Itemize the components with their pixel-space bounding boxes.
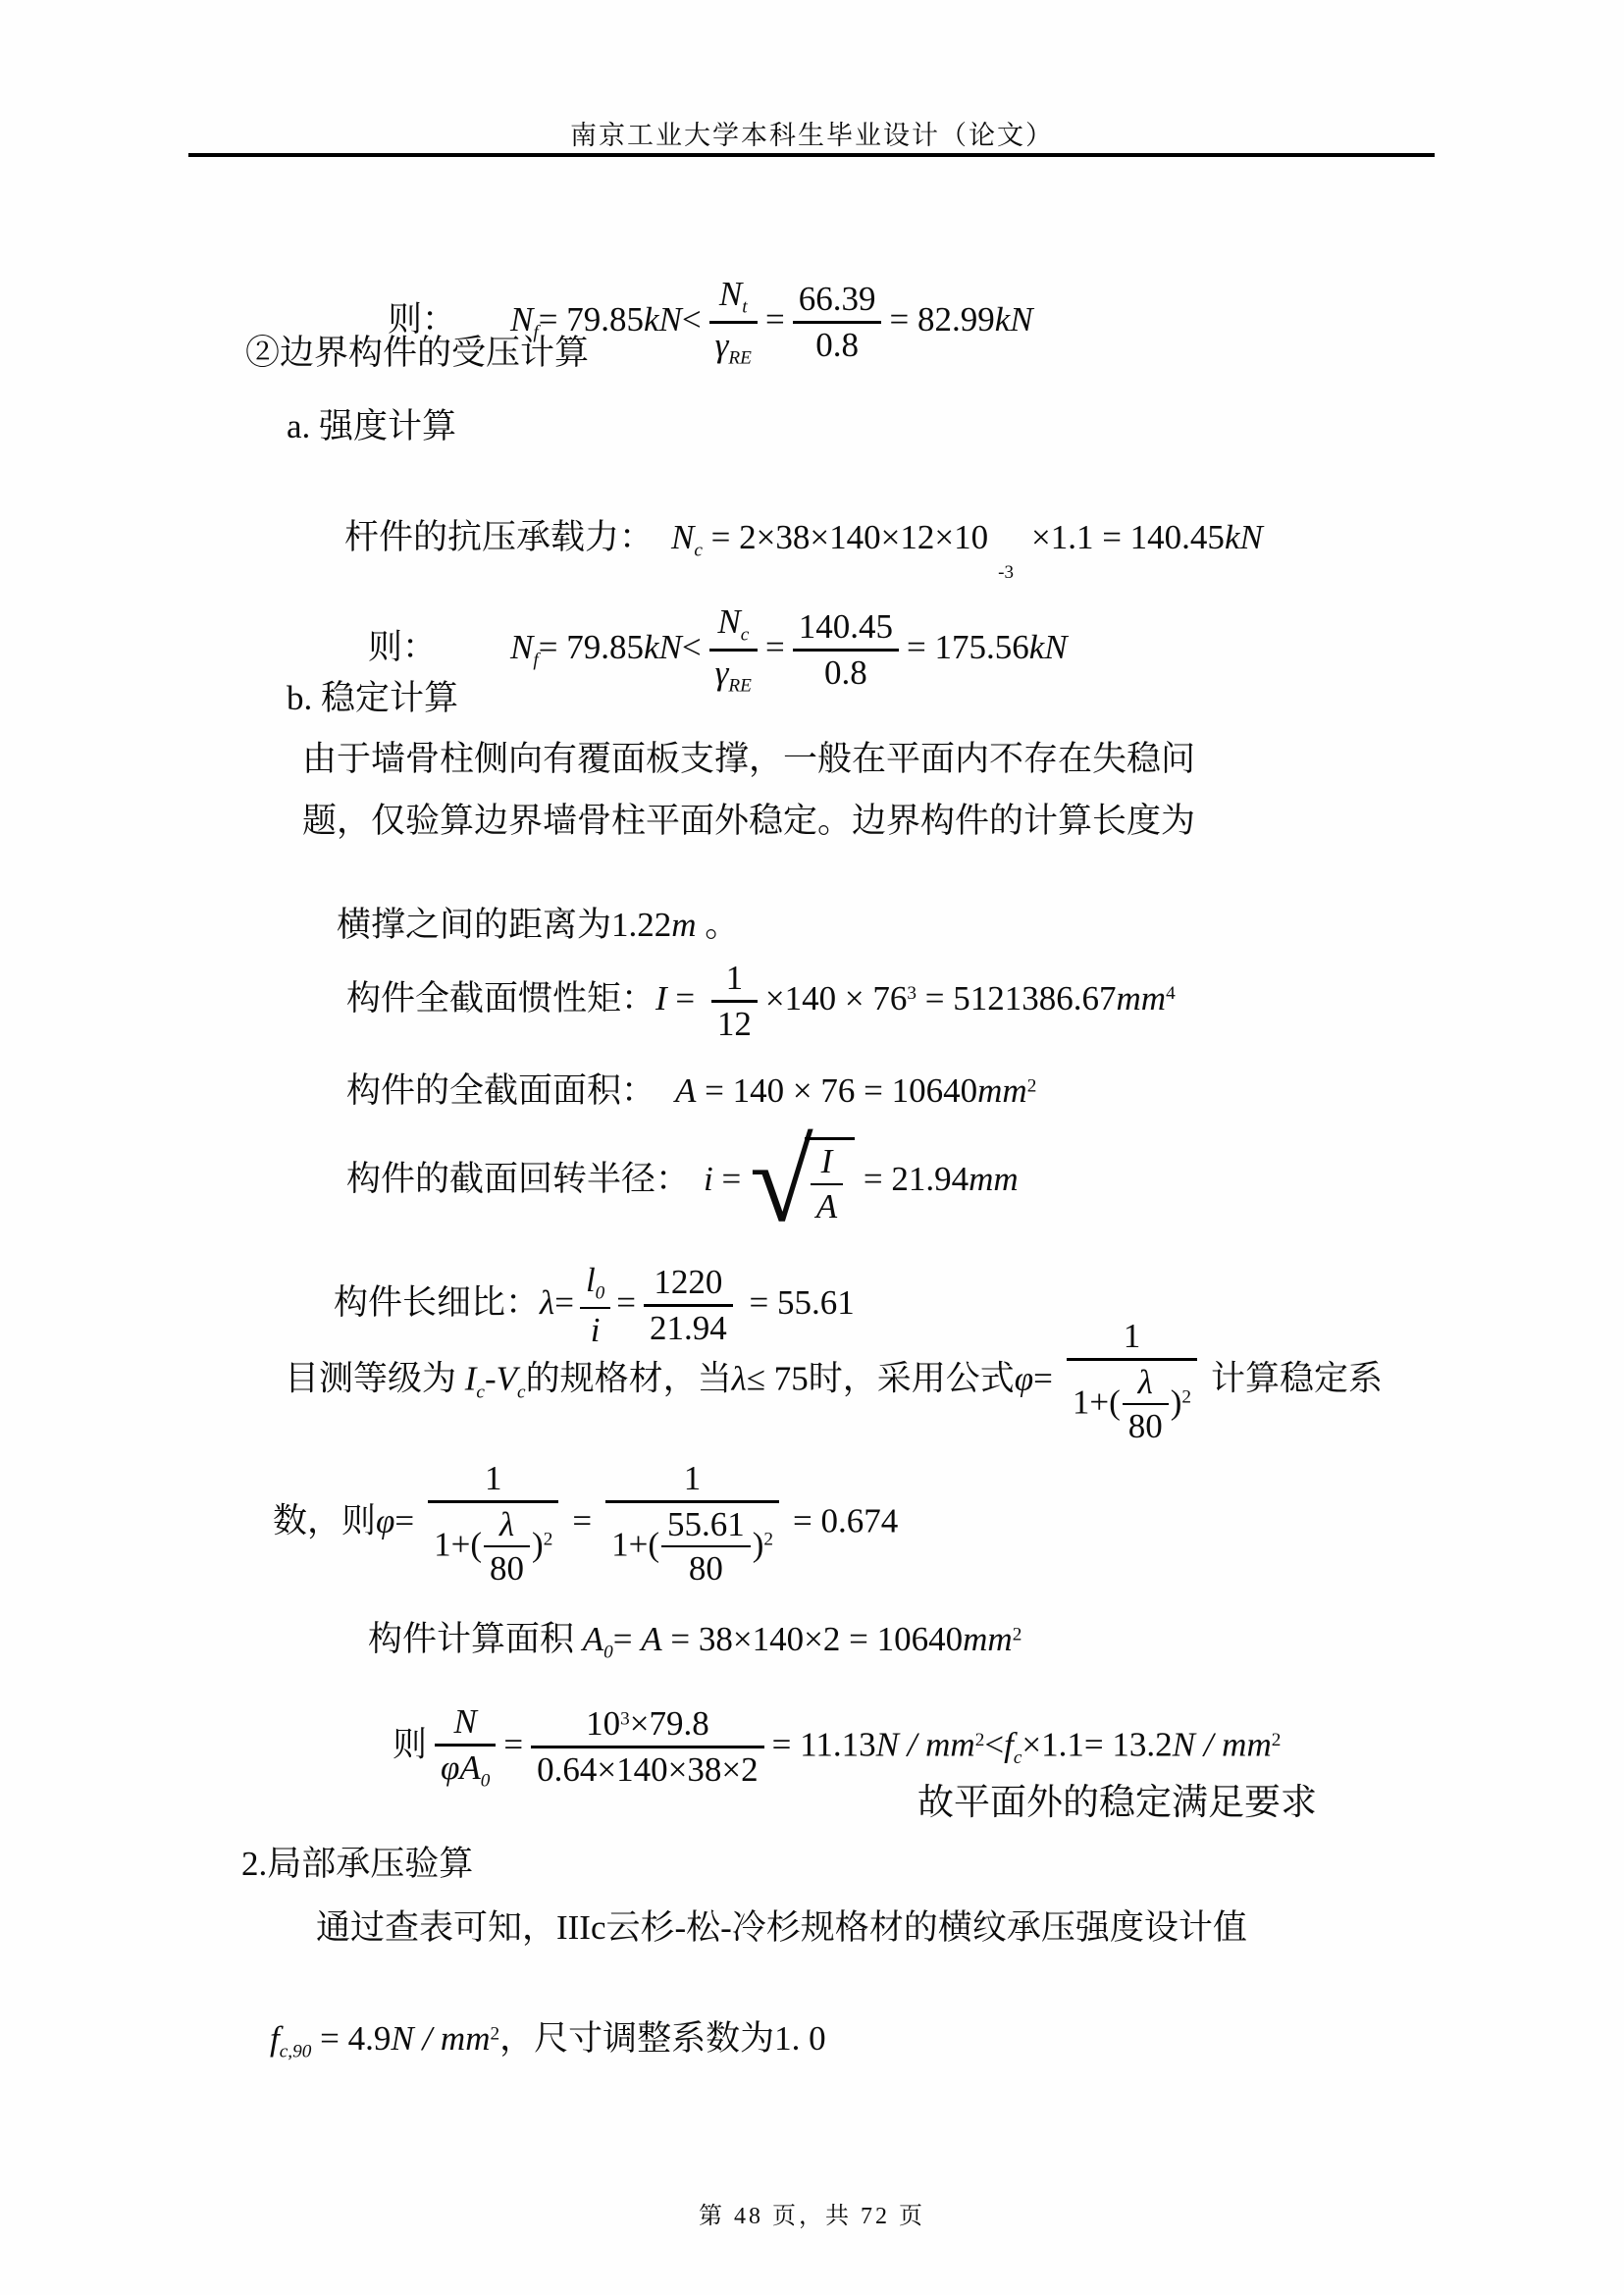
- eq: =: [765, 628, 785, 666]
- eq: = 0.674: [793, 1501, 898, 1539]
- text: 75时，采用公式: [765, 1359, 1015, 1397]
- unit-Nmm: N / mm: [876, 1725, 975, 1763]
- fraction-stability-coeff: 11+(λ80)2: [1067, 1319, 1197, 1445]
- sup-3: 3: [620, 1709, 630, 1730]
- unit-kN: kN: [1029, 628, 1068, 666]
- eq: =: [1033, 1359, 1053, 1397]
- sub-RE: RE: [728, 347, 752, 368]
- text: 目测等级为: [285, 1359, 465, 1397]
- label: 构件计算面积: [368, 1620, 583, 1658]
- eq: =: [394, 1501, 414, 1539]
- var-i: i: [704, 1160, 713, 1198]
- heading-stability-calc: b. 稳定计算: [287, 677, 458, 720]
- unit-mm: mm: [969, 1160, 1019, 1198]
- text: 计算稳定系: [1211, 1359, 1383, 1397]
- sub-c90: c,90: [280, 2041, 312, 2061]
- fraction-14045-08: 140.450.8: [793, 609, 899, 692]
- unit-kN: kN: [644, 628, 682, 666]
- text: 1+(: [1073, 1382, 1121, 1421]
- text: ，尺寸调整系数为1. 0: [499, 2019, 826, 2058]
- eq: = 21.94: [855, 1160, 969, 1198]
- fraction-lambda-80: λ80: [1123, 1365, 1169, 1446]
- radicand: IA: [805, 1137, 855, 1227]
- unit-kN: kN: [644, 300, 682, 339]
- expr: = 38×140×2 = 10640: [662, 1620, 963, 1658]
- eq: = 82.99: [889, 300, 994, 339]
- paragraph-line-2: 题，仅验算边界墙骨柱平面外稳定。边界构件的计算长度为: [302, 800, 1195, 843]
- sub-t: t: [742, 296, 747, 317]
- sub-0: 0: [481, 1770, 491, 1791]
- heading-strength-calc: a. 强度计算: [287, 405, 456, 448]
- var-I: I: [655, 979, 667, 1017]
- var-A0: A: [583, 1620, 603, 1658]
- sup-2: 2: [1027, 1075, 1037, 1096]
- text: 1+(: [611, 1525, 659, 1563]
- var-f: f: [270, 2019, 280, 2058]
- paragraph-line-1: 由于墙骨柱侧向有覆面板支撑，一般在平面内不存在失稳问: [302, 738, 1195, 781]
- fraction-numeric-stress: 103×79.80.64×140×38×2: [531, 1706, 763, 1789]
- fraction-I-A: IA: [811, 1144, 843, 1226]
- unit-mm: mm: [963, 1620, 1013, 1658]
- unit-mm: mm: [1117, 979, 1167, 1017]
- sub-RE: RE: [728, 675, 752, 696]
- heading-boundary-compression: ②边界构件的受压计算: [245, 332, 589, 375]
- formula-bearing-design-value: fc,90 = 4.9N / mm2，尺寸调整系数为1. 0: [236, 1974, 826, 2107]
- sup-2: 2: [1013, 1624, 1022, 1644]
- sup-2: 2: [544, 1529, 553, 1549]
- text: ): [753, 1525, 764, 1563]
- sup-2: 2: [763, 1529, 773, 1549]
- less-equal: ≤: [747, 1359, 765, 1397]
- var-gamma: γ: [715, 653, 729, 692]
- eq: =: [503, 1725, 523, 1763]
- unit-kN: kN: [1225, 518, 1263, 556]
- eq: =: [572, 1501, 592, 1539]
- sup-4: 4: [1166, 983, 1176, 1004]
- var-lambda: λ: [499, 1505, 514, 1543]
- eq: =: [613, 1620, 642, 1658]
- sup-2: 2: [1272, 1730, 1282, 1750]
- var-lambda: λ: [732, 1359, 747, 1397]
- expr: ×140 × 76: [765, 979, 907, 1017]
- var-f: f: [1004, 1725, 1014, 1763]
- sub-0: 0: [603, 1642, 613, 1662]
- page-header-title: 南京工业大学本科生毕业设计（论文）: [0, 114, 1624, 152]
- then-label: 则：: [368, 628, 437, 666]
- var-A: A: [459, 1748, 480, 1787]
- sub-c: c: [741, 624, 750, 645]
- label: 构件的截面回转半径：: [346, 1160, 690, 1198]
- dash: -: [485, 1359, 497, 1397]
- label: 杆件的抗压承载力：: [344, 518, 654, 556]
- fraction-6639-08: 66.390.8: [793, 282, 882, 364]
- eq: = 11.13: [772, 1725, 876, 1763]
- paragraph-bearing-strength: 通过查表可知，IIIc云杉-松-冷杉规格材的横纹承压强度设计值: [316, 1906, 1247, 1950]
- var-A: A: [641, 1620, 661, 1658]
- var-lambda: λ: [1138, 1363, 1153, 1401]
- document-page: 南京工业大学本科生毕业设计（论文） 则：Nf= 79.85kN<NtγRE=66…: [0, 0, 1624, 2295]
- var-I: I: [465, 1359, 477, 1397]
- fraction-N-phiA0: NφA0: [435, 1704, 496, 1792]
- fraction-Nt-gammaRE: NtγRE: [709, 277, 758, 369]
- num-798: ×79.8: [630, 1704, 709, 1743]
- page-number: 第 48 页，共 72 页: [0, 2196, 1624, 2230]
- unit-Nmm: N / mm: [1173, 1725, 1272, 1763]
- text: ): [1171, 1382, 1182, 1421]
- sup-2: 2: [975, 1730, 985, 1750]
- unit-kN: kN: [995, 300, 1033, 339]
- eq: = 4.9: [311, 2019, 391, 2058]
- sub-c: c: [517, 1382, 526, 1402]
- text: 数，则: [273, 1501, 376, 1539]
- then-label: 则: [393, 1725, 427, 1763]
- var-I: I: [821, 1142, 833, 1180]
- sup-2: 2: [490, 2023, 499, 2044]
- text: 的规格材，当: [526, 1359, 732, 1397]
- conclusion-text: 故平面外的稳定满足要求: [917, 1781, 1317, 1826]
- var-phi: φ: [441, 1748, 459, 1787]
- text: 1+(: [434, 1525, 482, 1563]
- eq: =: [765, 300, 785, 339]
- less-than: <: [682, 300, 702, 339]
- num-10: 10: [586, 1704, 620, 1743]
- heading-local-bearing: 2.局部承压验算: [241, 1843, 473, 1886]
- var-phi: φ: [376, 1501, 394, 1539]
- var-Nc: N: [671, 518, 694, 556]
- label: 构件全截面惯性矩：: [346, 979, 655, 1017]
- text: ): [532, 1525, 544, 1563]
- fraction-Nc-gammaRE: NcγRE: [709, 604, 758, 697]
- expr: ×1.1= 13.2: [1022, 1725, 1172, 1763]
- eq: = 175.56: [907, 628, 1029, 666]
- eq: = 79.85: [539, 628, 644, 666]
- formula-tension-check: 则：Nf= 79.85kN<NtγRE=66.390.8= 82.99kN: [353, 234, 1033, 411]
- sup-2: 2: [1181, 1386, 1191, 1407]
- fraction-phi-numeric: 11+(55.6180)2: [605, 1461, 779, 1588]
- sup-3: 3: [907, 983, 917, 1004]
- var-Nt: N: [719, 275, 742, 313]
- var-V: V: [497, 1359, 517, 1397]
- var-Nc: N: [717, 602, 740, 641]
- var-phi: φ: [1015, 1359, 1033, 1397]
- square-root: √IA: [750, 1137, 855, 1227]
- fraction-phi-symbolic: 11+(λ80)2: [428, 1461, 558, 1588]
- var-N: N: [454, 1702, 477, 1741]
- eq: = 5121386.67: [917, 979, 1117, 1017]
- eq: =: [667, 979, 704, 1017]
- header-rule: [188, 153, 1435, 157]
- less-than: <: [984, 1725, 1004, 1763]
- sub-c: c: [476, 1382, 485, 1402]
- expr: ×1.1 = 140.45: [1031, 518, 1225, 556]
- expr: = 2×38×140×12×10: [703, 518, 988, 556]
- eq: =: [713, 1160, 750, 1198]
- unit-Nmm: N / mm: [391, 2019, 490, 2058]
- sub-c: c: [694, 540, 703, 560]
- var-N: N: [510, 628, 533, 666]
- var-gamma: γ: [715, 326, 729, 364]
- less-than: <: [682, 628, 702, 666]
